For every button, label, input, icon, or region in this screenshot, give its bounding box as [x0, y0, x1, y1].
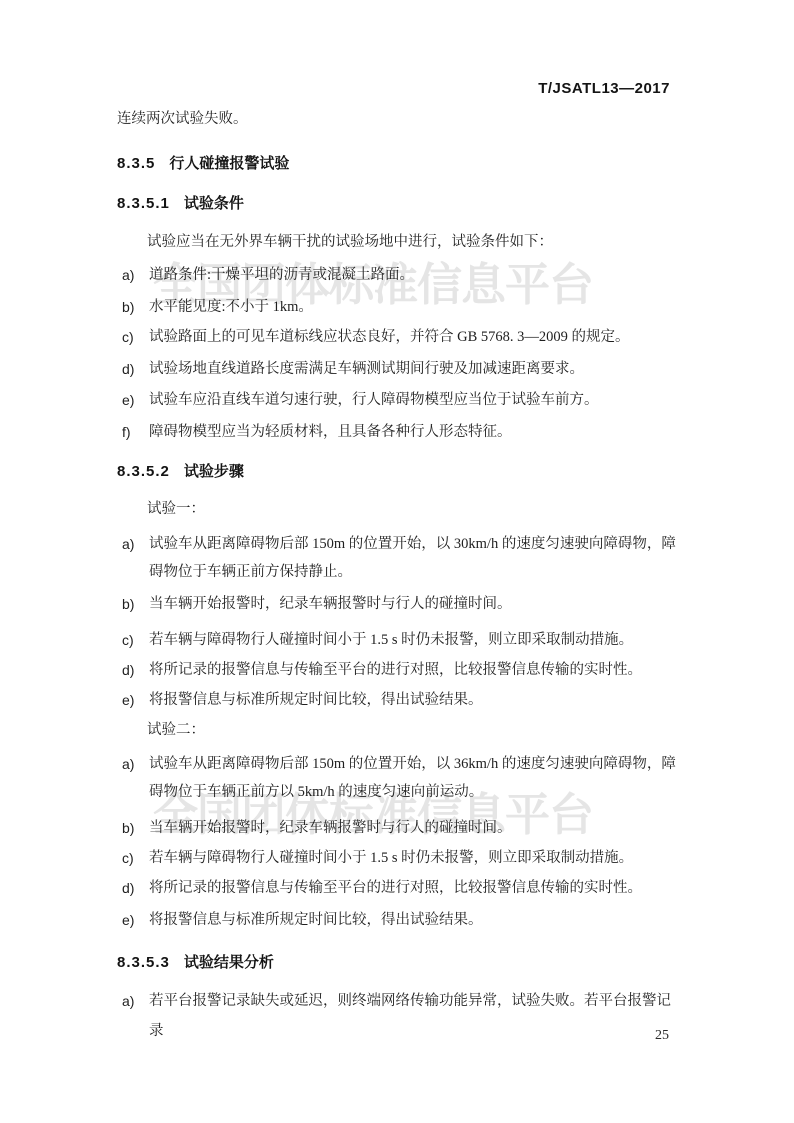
section-heading-8-3-5-1: 8.3.5.1试验条件: [117, 189, 679, 219]
section-number: 8.3.5: [117, 155, 155, 172]
list-item-text: 将报警信息与标准所规定时间比较，得出试验结果。: [149, 685, 679, 715]
list-item-text: 试验车从距离障碍物后部 150m 的位置开始，以 36km/h 的速度匀速驶向障…: [149, 750, 679, 806]
list-item-text: 将报警信息与标准所规定时间比较，得出试验结果。: [149, 905, 679, 935]
list-item: a) 试验车从距离障碍物后部 150m 的位置开始，以 36km/h 的速度匀速…: [117, 750, 679, 806]
document-page-content: 连续两次试验失败。 8.3.5行人碰撞报警试验 8.3.5.1试验条件 试验应当…: [117, 0, 679, 1046]
list-item-label: d): [122, 655, 149, 685]
list-item: b) 当车辆开始报警时，纪录车辆报警时与行人的碰撞时间。: [117, 813, 679, 843]
list-item-label: d): [122, 873, 149, 903]
list-item-text: 若车辆与障碍物行人碰撞时间小于 1.5 s 时仍未报警，则立即采取制动措施。: [149, 843, 679, 873]
list-item: c) 若车辆与障碍物行人碰撞时间小于 1.5 s 时仍未报警，则立即采取制动措施…: [117, 843, 679, 873]
list-item-label: e): [122, 385, 149, 415]
list-item-text: 障碍物模型应当为轻质材料，且具备各种行人形态特征。: [149, 417, 679, 447]
list-item-label: a): [122, 260, 149, 290]
section-number: 8.3.5.2: [117, 463, 170, 480]
section-heading-8-3-5-3: 8.3.5.3试验结果分析: [117, 948, 679, 978]
list-item: a) 若平台报警记录缺失或延迟，则终端网络传输功能异常，试验失败。若平台报警记录: [117, 986, 679, 1046]
list-item-label: c): [122, 843, 149, 873]
list-item-text: 当车辆开始报警时，纪录车辆报警时与行人的碰撞时间。: [149, 589, 679, 619]
list-item: b) 当车辆开始报警时，纪录车辆报警时与行人的碰撞时间。: [117, 589, 679, 619]
list-item-text: 试验场地直线道路长度需满足车辆测试期间行驶及加减速距离要求。: [149, 354, 679, 384]
list-item-label: c): [122, 625, 149, 655]
section-title: 试验步骤: [184, 463, 244, 480]
list-item: e) 将报警信息与标准所规定时间比较，得出试验结果。: [117, 905, 679, 935]
lead-paragraph: 连续两次试验失败。: [117, 104, 679, 134]
list-item-label: a): [122, 986, 149, 1046]
list-item-label: c): [122, 322, 149, 352]
list-item: d) 试验场地直线道路长度需满足车辆测试期间行驶及加减速距离要求。: [117, 354, 679, 384]
list-item-label: f): [122, 417, 149, 447]
section-number: 8.3.5.1: [117, 195, 170, 212]
list-item-label: e): [122, 905, 149, 935]
list-item-text: 若车辆与障碍物行人碰撞时间小于 1.5 s 时仍未报警，则立即采取制动措施。: [149, 625, 679, 655]
list-item: a) 道路条件:干燥平坦的沥青或混凝土路面。: [117, 260, 679, 290]
list-item-text: 若平台报警记录缺失或延迟，则终端网络传输功能异常，试验失败。若平台报警记录: [149, 986, 679, 1046]
list-item-text: 试验车应沿直线车道匀速行驶，行人障碍物模型应当位于试验车前方。: [149, 385, 679, 415]
list-item-label: b): [122, 813, 149, 843]
doc-number-header: T/JSATL13—2017: [538, 80, 670, 97]
section-heading-8-3-5-2: 8.3.5.2试验步骤: [117, 457, 679, 487]
list-item: e) 试验车应沿直线车道匀速行驶，行人障碍物模型应当位于试验车前方。: [117, 385, 679, 415]
list-item: e) 将报警信息与标准所规定时间比较，得出试验结果。: [117, 685, 679, 715]
list-item-text: 道路条件:干燥平坦的沥青或混凝土路面。: [149, 260, 679, 290]
conditions-intro-paragraph: 试验应当在无外界车辆干扰的试验场地中进行，试验条件如下：: [117, 227, 679, 257]
section-number: 8.3.5.3: [117, 954, 170, 971]
list-item-text: 水平能见度:不小于 1km。: [149, 292, 679, 322]
list-item-text: 当车辆开始报警时，纪录车辆报警时与行人的碰撞时间。: [149, 813, 679, 843]
list-item-label: b): [122, 589, 149, 619]
list-item-text: 将所记录的报警信息与传输至平台的进行对照，比较报警信息传输的实时性。: [149, 655, 679, 685]
list-item-text: 试验车从距离障碍物后部 150m 的位置开始，以 30km/h 的速度匀速驶向障…: [149, 530, 679, 586]
list-item: c) 试验路面上的可见车道标线应状态良好，并符合 GB 5768. 3—2009…: [117, 322, 679, 352]
list-item-label: b): [122, 292, 149, 322]
list-item-label: a): [122, 750, 149, 806]
test1-label: 试验一：: [117, 494, 679, 524]
list-item-text: 试验路面上的可见车道标线应状态良好，并符合 GB 5768. 3—2009 的规…: [149, 322, 679, 352]
list-item: a) 试验车从距离障碍物后部 150m 的位置开始，以 30km/h 的速度匀速…: [117, 530, 679, 586]
list-item: f) 障碍物模型应当为轻质材料，且具备各种行人形态特征。: [117, 417, 679, 447]
section-title: 试验结果分析: [184, 954, 274, 971]
list-item: d) 将所记录的报警信息与传输至平台的进行对照，比较报警信息传输的实时性。: [117, 655, 679, 685]
list-item: d) 将所记录的报警信息与传输至平台的进行对照，比较报警信息传输的实时性。: [117, 873, 679, 903]
section-title: 行人碰撞报警试验: [169, 155, 289, 172]
list-item: b) 水平能见度:不小于 1km。: [117, 292, 679, 322]
list-item-text: 将所记录的报警信息与传输至平台的进行对照，比较报警信息传输的实时性。: [149, 873, 679, 903]
test2-label: 试验二：: [117, 715, 679, 745]
section-heading-8-3-5: 8.3.5行人碰撞报警试验: [117, 149, 679, 179]
list-item-label: d): [122, 354, 149, 384]
page-number: 25: [655, 1028, 669, 1044]
section-title: 试验条件: [184, 195, 244, 212]
list-item-label: e): [122, 685, 149, 715]
list-item-label: a): [122, 530, 149, 586]
list-item: c) 若车辆与障碍物行人碰撞时间小于 1.5 s 时仍未报警，则立即采取制动措施…: [117, 625, 679, 655]
